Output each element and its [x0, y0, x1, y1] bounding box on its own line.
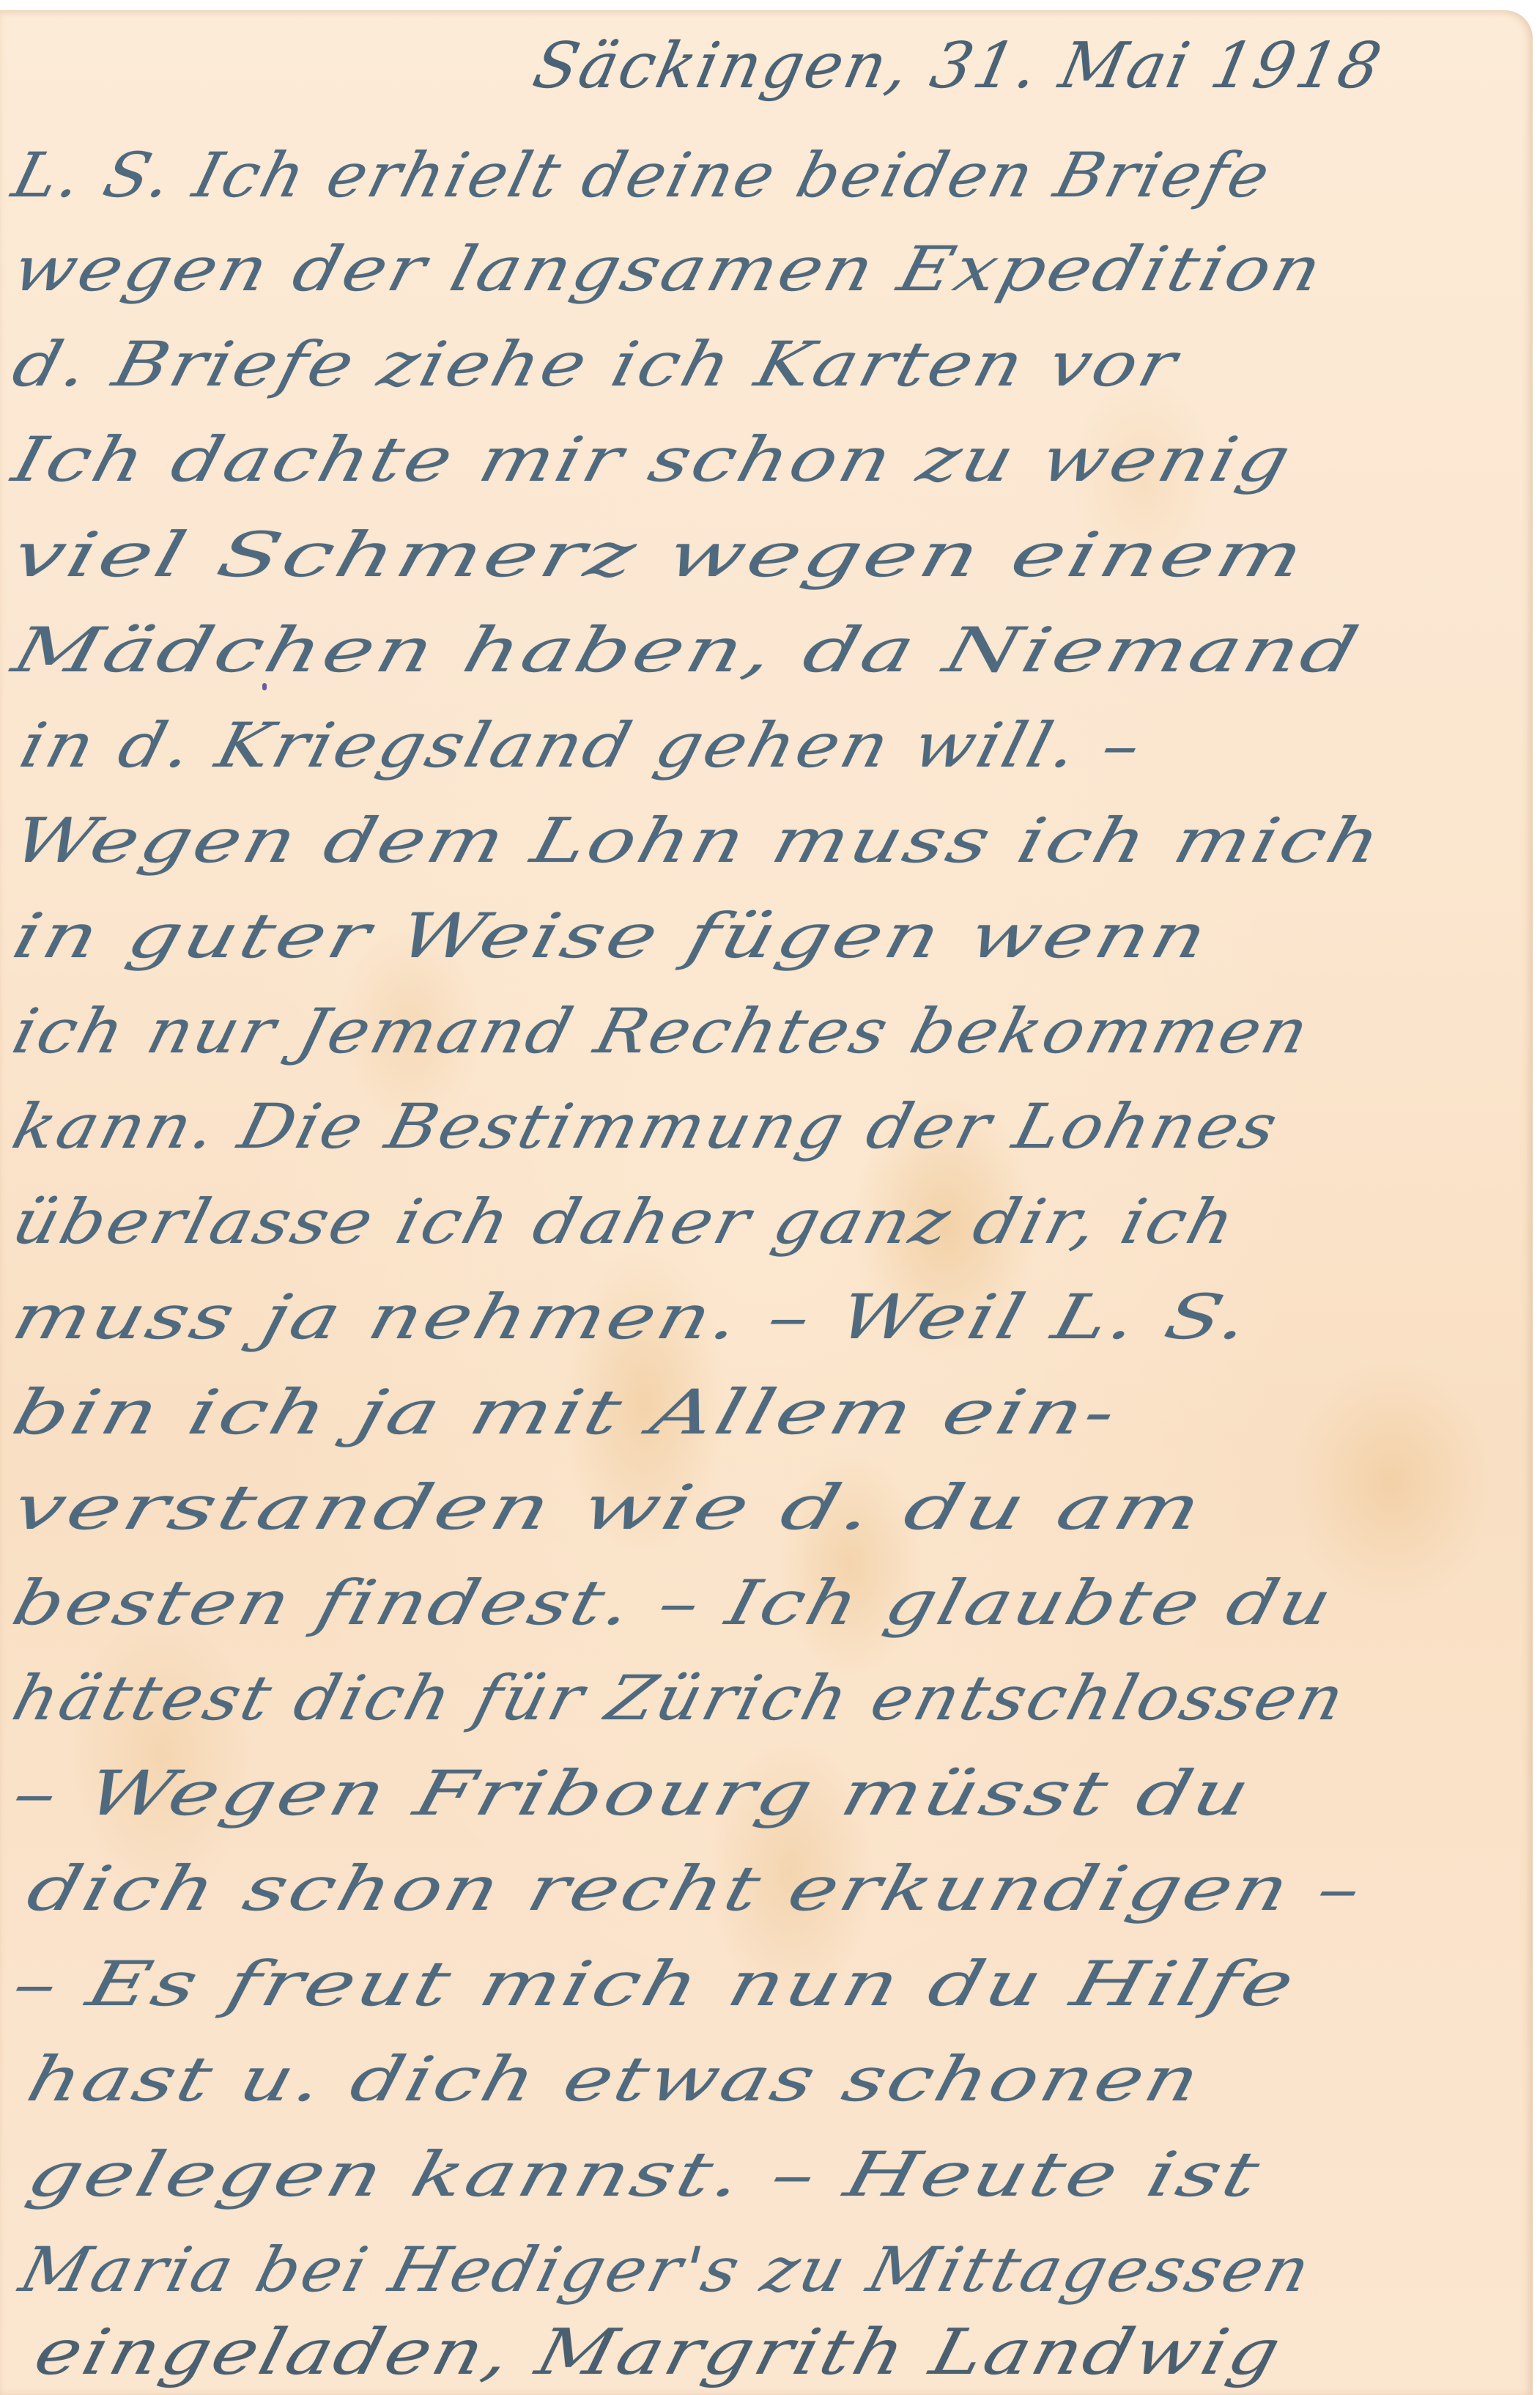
letter-line-10: ich nur Jemand Rechtes bekommen [6, 995, 1318, 1067]
letter-line-13: muss ja nehmen. – Weil L. S. [6, 1281, 1259, 1353]
letter-line-3: d. Briefe ziehe ich Karten vor [6, 328, 1186, 400]
letter-line-6: Mädchen haben, da Niemand [6, 614, 1369, 686]
letter-line-7: in d. Kriegsland gehen will. – [13, 709, 1150, 781]
letter-line-8: Wegen dem Lohn muss ich mich [6, 805, 1391, 877]
ink-blot-mark [262, 683, 267, 690]
letter-line-2: wegen der langsamen Expedition [6, 233, 1331, 305]
letter-line-17: hättest dich für Zürich entschlossen [6, 1662, 1354, 1734]
letter-line-4: Ich dachte mir schon zu wenig [6, 424, 1300, 495]
letter-line-20: – Es freut mich nun du Hilfe [6, 1948, 1304, 2020]
letter-line-18: – Wegen Fribourg müsst du [6, 1757, 1260, 1829]
letter-line-21: hast u. dich etwas schonen [21, 2043, 1210, 2115]
letter-line-22: gelegen kannst. – Heute ist [21, 2138, 1269, 2210]
letter-line-23: Maria bei Hediger's zu Mittagessen [13, 2234, 1319, 2306]
letter-line-19: dich schon recht erkundigen – [21, 1853, 1371, 1925]
letter-line-15: verstanden wie d. du am [6, 1472, 1212, 1543]
place-date-header: Säckingen, 31. Mai 1918 [527, 29, 1389, 103]
letter-line-12: überlasse ich daher ganz dir, ich [6, 1186, 1244, 1258]
letter-line-1: L. S. Ich erhielt deine beiden Briefe [6, 139, 1279, 211]
letter-line-9: in guter Weise fügen wenn [6, 900, 1218, 972]
letter-line-14: bin ich ja mit Allem ein- [6, 1376, 1126, 1448]
letter-line-5: viel Schmerz wegen einem [6, 519, 1314, 591]
letter-line-24-signature: eingeladen, Margrith Landwig [28, 2316, 1290, 2389]
letter-line-11: kann. Die Bestimmung der Lohnes [6, 1091, 1287, 1162]
letter-line-16: besten findest. – Ich glaubte du [6, 1567, 1341, 1639]
